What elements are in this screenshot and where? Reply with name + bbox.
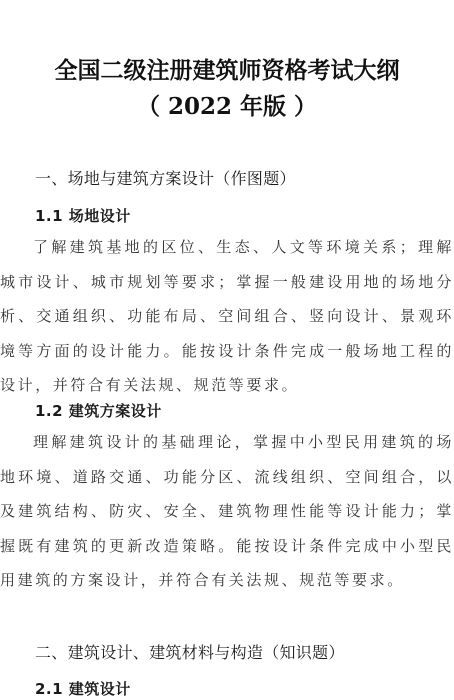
document-page: 全国二级注册建筑师资格考试大纲 （ 2022 年版 ） 一、场地与建筑方案设计（… (0, 0, 454, 700)
subsection-body-1-2: 理解建筑设计的基础理论，掌握中小型民用建筑的场地环境、道路交通、功能分区、流线组… (0, 425, 454, 598)
document-subtitle: （ 2022 年版 ） (0, 88, 454, 121)
section-heading-1: 一、场地与建筑方案设计（作图题） (35, 166, 296, 189)
subsection-heading-2-1: 2.1 建筑设计 (35, 678, 131, 699)
document-title: 全国二级注册建筑师资格考试大纲 (0, 52, 454, 85)
subsection-heading-1-1: 1.1 场地设计 (35, 205, 131, 226)
subsection-heading-1-2: 1.2 建筑方案设计 (35, 400, 162, 421)
subsection-body-1-1: 了解建筑基地的区位、生态、人文等环境关系；理解城市设计、城市规划等要求；掌握一般… (0, 230, 454, 403)
section-heading-2: 二、建筑设计、建筑材料与构造（知识题） (35, 640, 345, 663)
